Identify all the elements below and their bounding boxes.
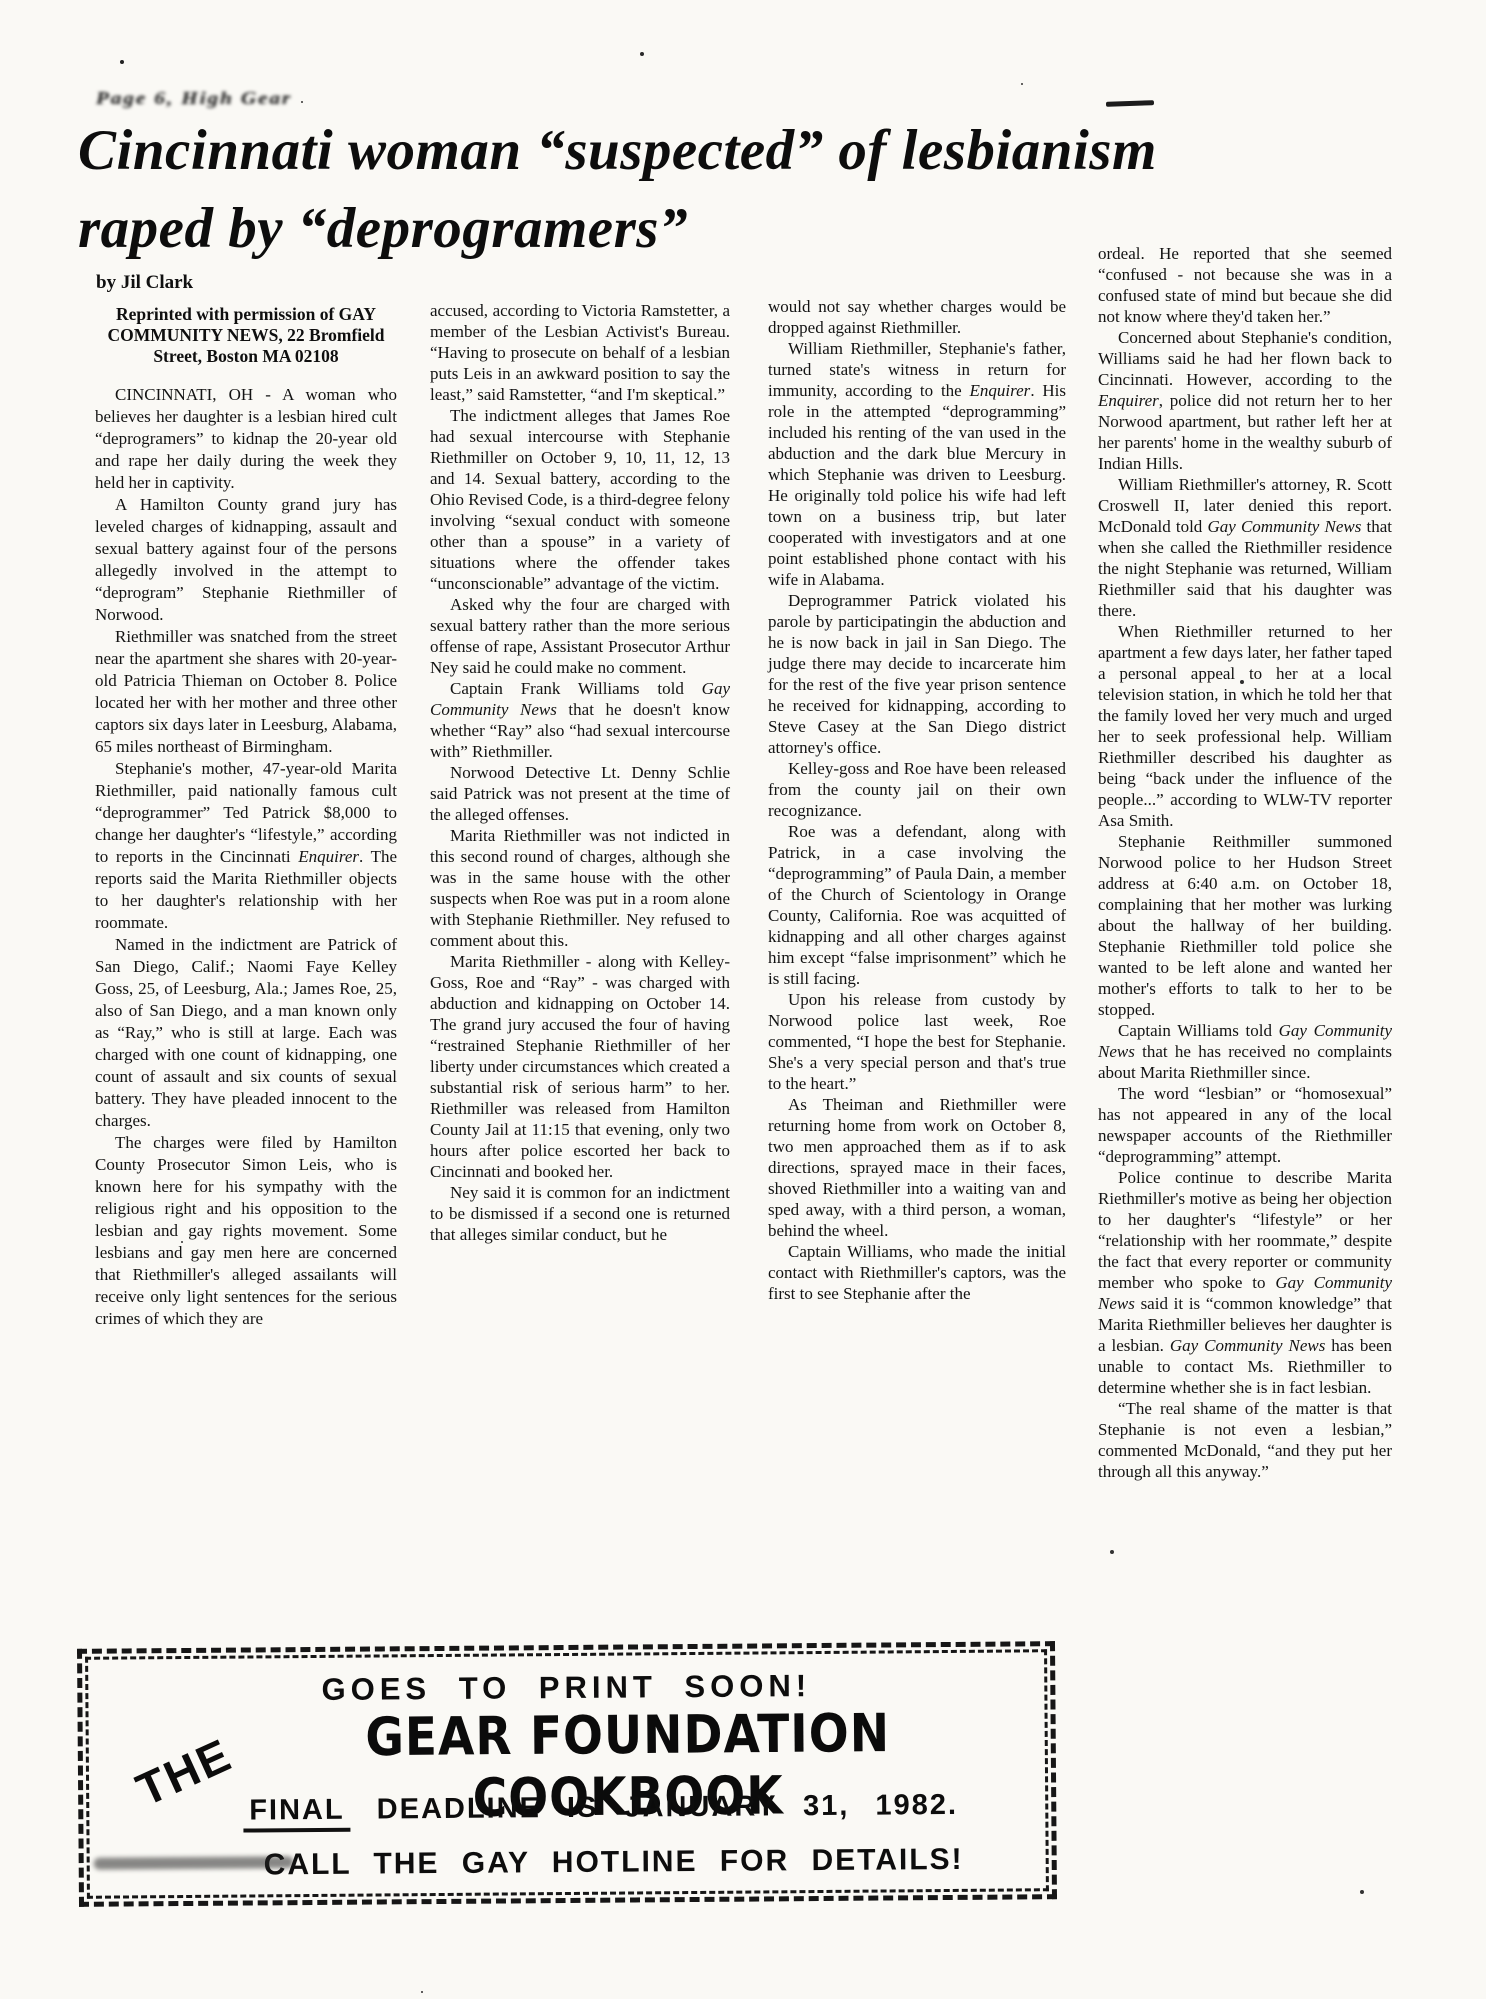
paragraph: accused, according to Victoria Ramstette… xyxy=(430,300,730,405)
paragraph: Concerned about Stephanie's condition, W… xyxy=(1098,327,1392,474)
paragraph: William Riethmiller's attorney, R. Scott… xyxy=(1098,474,1392,621)
paragraph: Roe was a defendant, along with Patrick,… xyxy=(768,821,1066,989)
ink-smear xyxy=(94,1856,294,1870)
headline-line1: Cincinnati woman “suspected” of lesbiani… xyxy=(78,119,1157,182)
paragraph: A Hamilton County grand jury has leveled… xyxy=(95,494,397,626)
stray-mark xyxy=(1106,100,1154,107)
article-column-1: CINCINNATI, OH - A woman who believes he… xyxy=(95,384,397,1330)
headline-line2: raped by “deprogramers” xyxy=(78,197,688,260)
ad-deadline: FINAL DEADLINE IS JANUARY 31, 1982. xyxy=(243,1789,1003,1828)
paragraph: Marita Riethmiller was not indicted in t… xyxy=(430,825,730,951)
paragraph: Upon his release from custody by Norwood… xyxy=(768,989,1066,1094)
paragraph: Norwood Detective Lt. Denny Schlie said … xyxy=(430,762,730,825)
paragraph: CINCINNATI, OH - A woman who believes he… xyxy=(95,384,397,494)
cookbook-ad: GOES TO PRINT SOON! THE GEAR FOUNDATION … xyxy=(77,1641,1057,1907)
masthead-smudge: Page 6, High Gear xyxy=(96,88,292,109)
paragraph: Deprogrammer Patrick violated his parole… xyxy=(768,590,1066,758)
article-column-4: ordeal. He reported that she seemed “con… xyxy=(1098,243,1392,1482)
paragraph: Police continue to describe Marita Rieth… xyxy=(1098,1167,1392,1398)
paragraph: would not say whether charges would be d… xyxy=(768,296,1066,338)
article-column-2: accused, according to Victoria Ramstette… xyxy=(430,300,730,1245)
paragraph: Asked why the four are charged with sexu… xyxy=(430,594,730,678)
paragraph: ordeal. He reported that she seemed “con… xyxy=(1098,243,1392,327)
paragraph: Captain Williams, who made the initial c… xyxy=(768,1241,1066,1304)
paragraph: “The real shame of the matter is that St… xyxy=(1098,1398,1392,1482)
paragraph: The word “lesbian” or “homosexual” has n… xyxy=(1098,1083,1392,1167)
reprint-credit: Reprinted with permission of GAY COMMUNI… xyxy=(94,304,398,367)
ad-call-hotline: CALL THE GAY HOTLINE FOR DETAILS! xyxy=(264,1843,1004,1883)
paragraph: When Riethmiller returned to her apartme… xyxy=(1098,621,1392,831)
article-column-3: would not say whether charges would be d… xyxy=(768,296,1066,1304)
ad-deadline-rest: DEADLINE IS JANUARY 31, 1982. xyxy=(377,1789,959,1826)
paragraph: Stephanie Reithmiller summoned Norwood p… xyxy=(1098,831,1392,1020)
ad-deadline-final: FINAL xyxy=(243,1794,351,1833)
paragraph: Captain Williams told Gay Community News… xyxy=(1098,1020,1392,1083)
paragraph: Riethmiller was snatched from the street… xyxy=(95,626,397,758)
paragraph: Stephanie's mother, 47-year-old Marita R… xyxy=(95,758,397,934)
paragraph: The indictment alleges that James Roe ha… xyxy=(430,405,730,594)
byline: by Jil Clark xyxy=(96,272,193,294)
paragraph: The charges were filed by Hamilton Count… xyxy=(95,1132,397,1330)
newspaper-page: Page 6, High Gear Cincinnati woman “susp… xyxy=(0,0,1486,1999)
paragraph: Marita Riethmiller - along with Kelley-G… xyxy=(430,951,730,1182)
paragraph: Captain Frank Williams told Gay Communit… xyxy=(430,678,730,762)
paragraph: William Riethmiller, Stephanie's father,… xyxy=(768,338,1066,590)
paragraph: Named in the indictment are Patrick of S… xyxy=(95,934,397,1132)
paragraph: Kelley-goss and Roe have been released f… xyxy=(768,758,1066,821)
paragraph: Ney said it is common for an indictment … xyxy=(430,1182,730,1245)
ink-speck xyxy=(120,60,124,64)
paragraph: As Theiman and Riethmiller were returnin… xyxy=(768,1094,1066,1241)
